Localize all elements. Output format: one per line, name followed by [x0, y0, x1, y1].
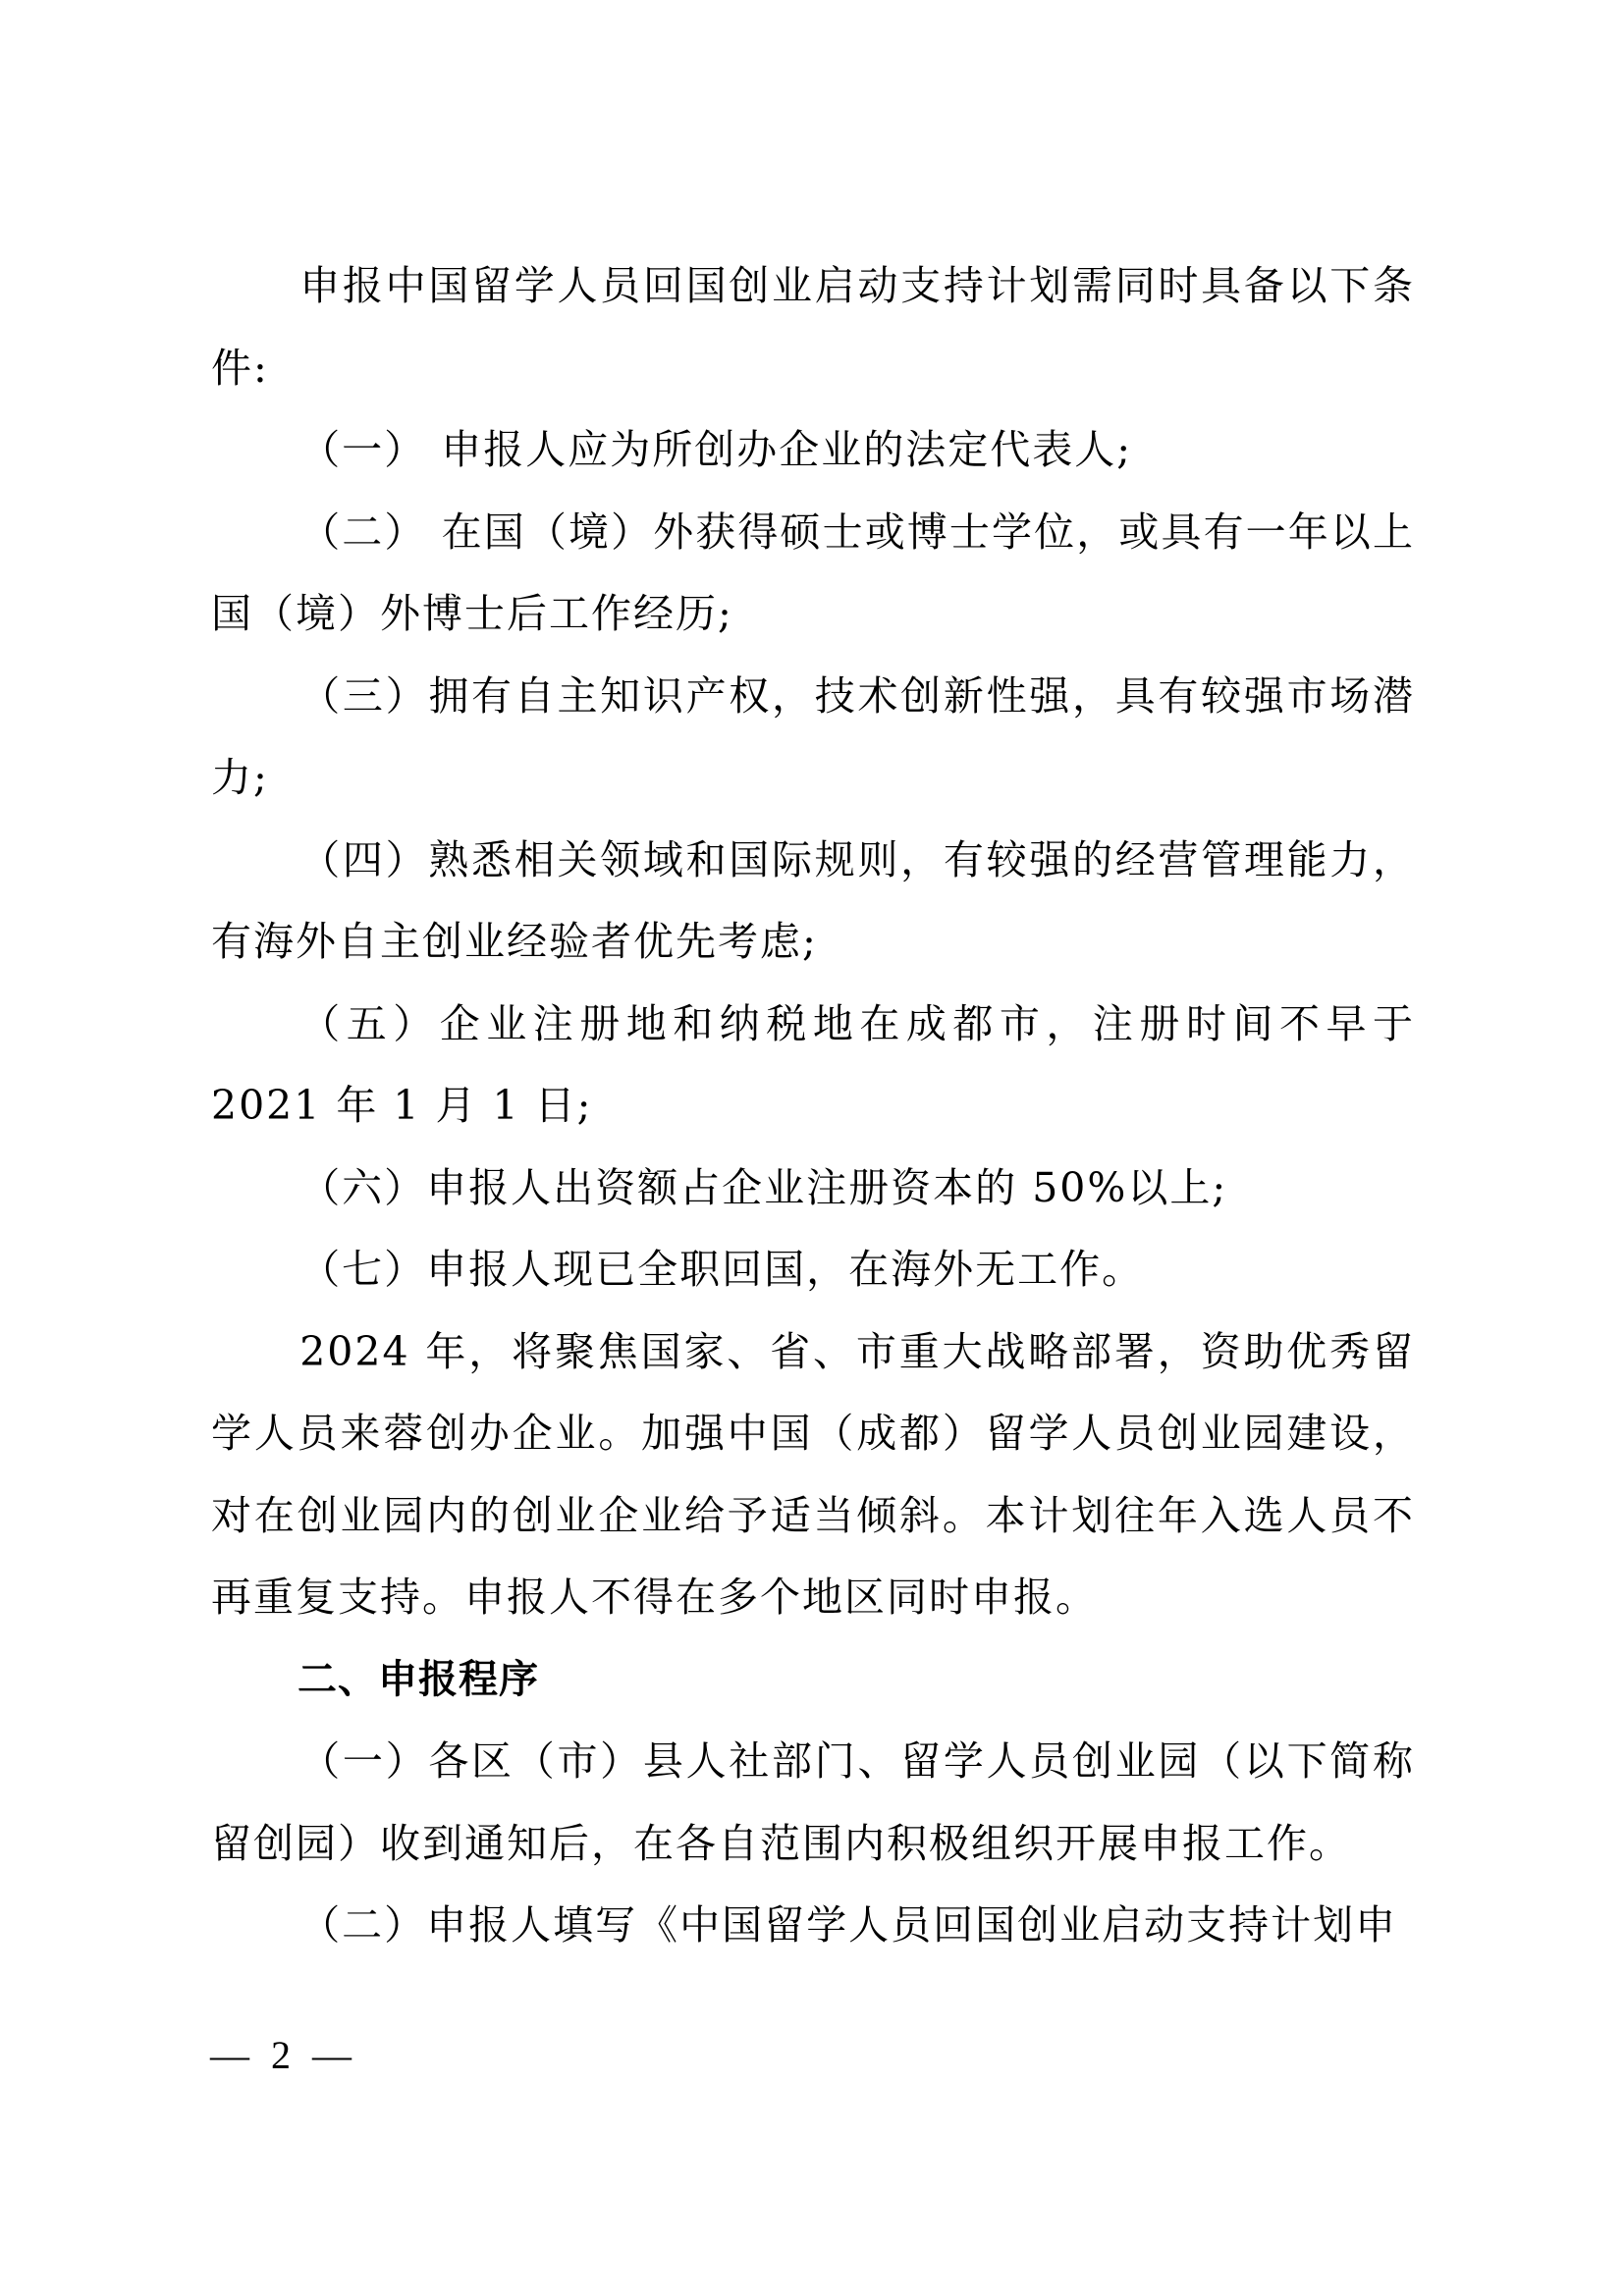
paragraph-condition-6: （六）申报人出资额占企业注册资本的 50%以上; [211, 1148, 1415, 1230]
paragraph-condition-7: （七）申报人现已全职回国，在海外无工作。 [211, 1229, 1415, 1311]
paragraph-procedure-2: （二）申报人填写《中国留学人员回国创业启动支持计划申 [211, 1885, 1415, 1967]
paragraph-condition-2: （二） 在国（境）外获得硕士或博士学位，或具有一年以上国（境）外博士后工作经历; [211, 492, 1415, 656]
paragraph-condition-4: （四）熟悉相关领域和国际规则，有较强的经营管理能力，有海外自主创业经验者优先考虑… [211, 820, 1415, 984]
paragraph-requirements-intro: 申报中国留学人员回国创业启动支持计划需同时具备以下条件: [211, 245, 1415, 409]
document-page: 申报中国留学人员回国创业启动支持计划需同时具备以下条件: （一） 申报人应为所创… [0, 0, 1624, 2296]
paragraph-2024-focus: 2024 年，将聚焦国家、省、市重大战略部署，资助优秀留学人员来蓉创办企业。加强… [211, 1311, 1415, 1639]
page-number: — 2 — [210, 2032, 357, 2078]
paragraph-condition-5: （五）企业注册地和纳税地在成都市，注册时间不早于 2021 年 1 月 1 日; [211, 984, 1415, 1148]
section-heading-application-procedure: 二、申报程序 [211, 1639, 1415, 1722]
paragraph-condition-3: （三）拥有自主知识产权，技术创新性强，具有较强市场潜力; [211, 656, 1415, 820]
document-body: 申报中国留学人员回国创业启动支持计划需同时具备以下条件: （一） 申报人应为所创… [211, 245, 1415, 1967]
paragraph-condition-1: （一） 申报人应为所创办企业的法定代表人; [211, 409, 1415, 492]
paragraph-procedure-1: （一）各区（市）县人社部门、留学人员创业园（以下简称留创园）收到通知后，在各自范… [211, 1721, 1415, 1885]
